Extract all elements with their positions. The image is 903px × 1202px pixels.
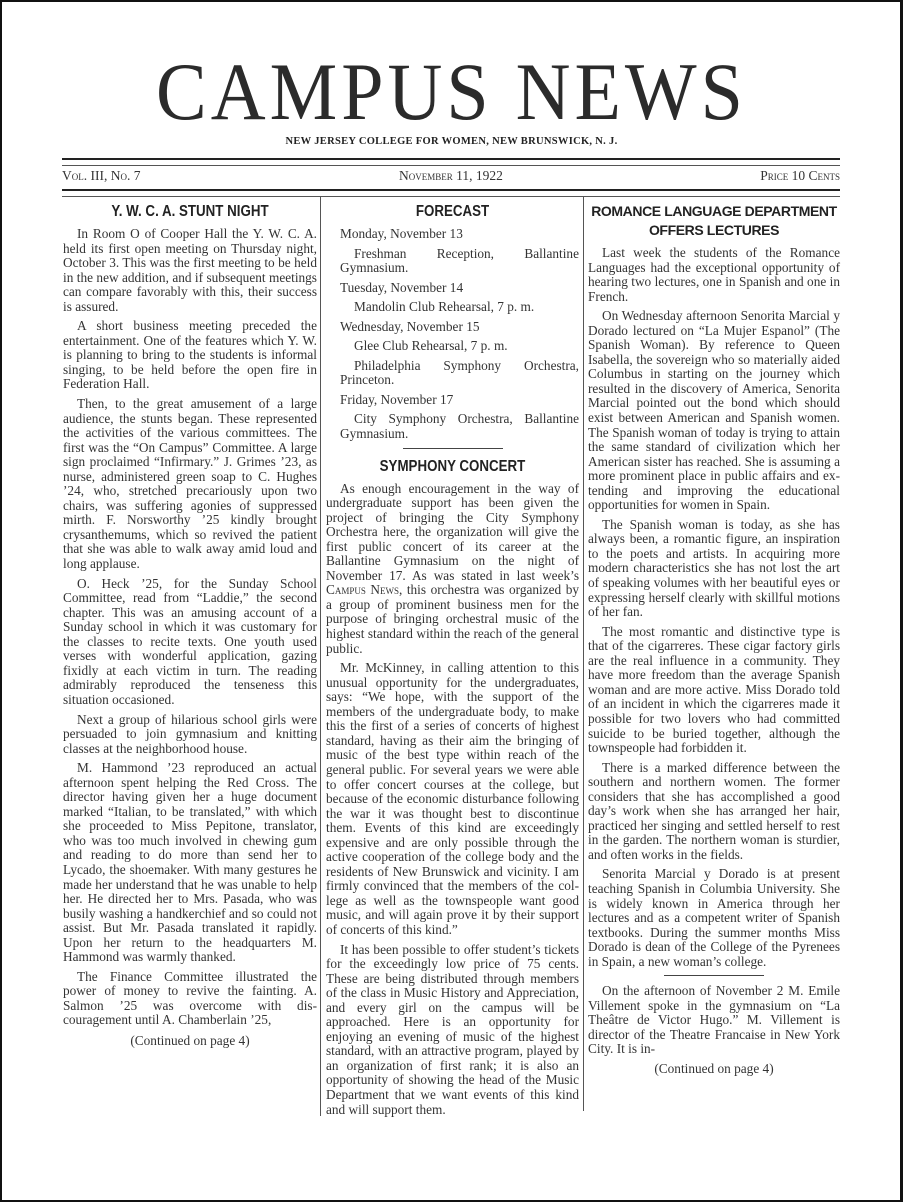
paragraph: There is a marked difference between the… — [588, 761, 840, 863]
paragraph-text: As enough encouragement in the way of un… — [326, 481, 579, 583]
paragraph: M. Hammond ’23 reproduced an actual afte… — [63, 761, 317, 965]
masthead-bottom-rule — [62, 189, 840, 197]
headline-forecast: FORECAST — [344, 202, 562, 221]
paragraph: A short business meeting preceded the en… — [63, 319, 317, 392]
forecast-event: Freshman Reception, Ballantine Gymnasium… — [326, 247, 579, 276]
column-divider-1 — [320, 196, 321, 1116]
article-romance-body: Last week the students of the Romance La… — [588, 246, 840, 969]
forecast-day: Monday, November 13 Freshman Reception, … — [326, 227, 579, 276]
issue-date: November 11, 1922 — [62, 168, 840, 184]
paragraph: The Finance Committee illustrated the po… — [63, 970, 317, 1028]
paragraph: It has been possible to offer student’s … — [326, 943, 579, 1118]
forecast-event: Philadelphia Symphony Orchestra, Princet… — [326, 359, 579, 388]
forecast-event: City Symphony Orchestra, Ballan­tine Gym… — [326, 412, 579, 441]
continued-notice: (Continued on page 4) — [588, 1062, 840, 1077]
paragraph: In Room O of Cooper Hall the Y. W. C. A.… — [63, 227, 317, 314]
paragraph: O. Heck ’25, for the Sunday School Commi… — [63, 577, 317, 708]
section-divider — [664, 975, 764, 976]
forecast-day-label: Wednesday, November 15 — [326, 320, 579, 335]
newspaper-masthead: CAMPUS NEWS — [0, 49, 903, 135]
forecast-day-label: Tuesday, November 14 — [326, 281, 579, 296]
headline-ywca-stunt-night: Y. W. C. A. STUNT NIGHT — [81, 202, 299, 221]
newspaper-name-reference: Campus News — [326, 582, 399, 597]
column-ywca: Y. W. C. A. STUNT NIGHT In Room O of Coo… — [63, 200, 317, 1054]
column-divider-2 — [583, 196, 584, 1111]
forecast-event: Mandolin Club Rehearsal, 7 p. m. — [326, 300, 579, 315]
forecast-event: Glee Club Rehearsal, 7 p. m. — [326, 339, 579, 354]
paragraph: Senorita Marcial y Dorado is at pres­ent… — [588, 867, 840, 969]
paragraph: As enough encouragement in the way of un… — [326, 482, 579, 657]
continued-notice: (Continued on page 4) — [63, 1034, 317, 1049]
paragraph: Then, to the great amusement of a large … — [63, 397, 317, 572]
paragraph: On the afternoon of November 2 M. Emile … — [588, 984, 840, 1057]
forecast-list: Monday, November 13 Freshman Reception, … — [326, 227, 579, 442]
dateline: Vol. III, No. 7 November 11, 1922 Price … — [62, 168, 840, 186]
paragraph: Next a group of hilarious school girls w… — [63, 713, 317, 757]
issue-price: Price 10 Cents — [760, 168, 840, 184]
paragraph: The Spanish woman is today, as she has a… — [588, 518, 840, 620]
masthead-top-rule — [62, 158, 840, 166]
headline-romance-language-lectures: ROMANCE LANGUAGE DEPARTMENT OFFERS LECTU… — [588, 202, 840, 240]
column-romance-language: ROMANCE LANGUAGE DEPARTMENT OFFERS LECTU… — [588, 200, 840, 1082]
paragraph: Mr. McKinney, in calling attention to th… — [326, 661, 579, 937]
column-forecast-symphony: FORECAST Monday, November 13 Freshman Re… — [326, 200, 579, 1122]
article-ywca-body: In Room O of Cooper Hall the Y. W. C. A.… — [63, 227, 317, 1049]
forecast-day-label: Monday, November 13 — [326, 227, 579, 242]
masthead-subtitle: NEW JERSEY COLLEGE FOR WOMEN, NEW BRUNSW… — [0, 136, 903, 147]
article-symphony-body: As enough encouragement in the way of un… — [326, 482, 579, 1118]
paragraph: Last week the students of the Romance La… — [588, 246, 840, 304]
section-divider — [403, 448, 503, 449]
forecast-day-label: Friday, November 17 — [326, 393, 579, 408]
forecast-day: Friday, November 17 City Symphony Orches… — [326, 393, 579, 442]
headline-symphony-concert: SYMPHONY CONCERT — [344, 457, 562, 476]
paragraph: The most romantic and distinctive type i… — [588, 625, 840, 756]
paragraph: On Wednesday afternoon Senorita Marcial … — [588, 309, 840, 513]
forecast-day: Tuesday, November 14 Mandolin Club Rehea… — [326, 281, 579, 315]
forecast-day: Wednesday, November 15 Glee Club Rehears… — [326, 320, 579, 388]
